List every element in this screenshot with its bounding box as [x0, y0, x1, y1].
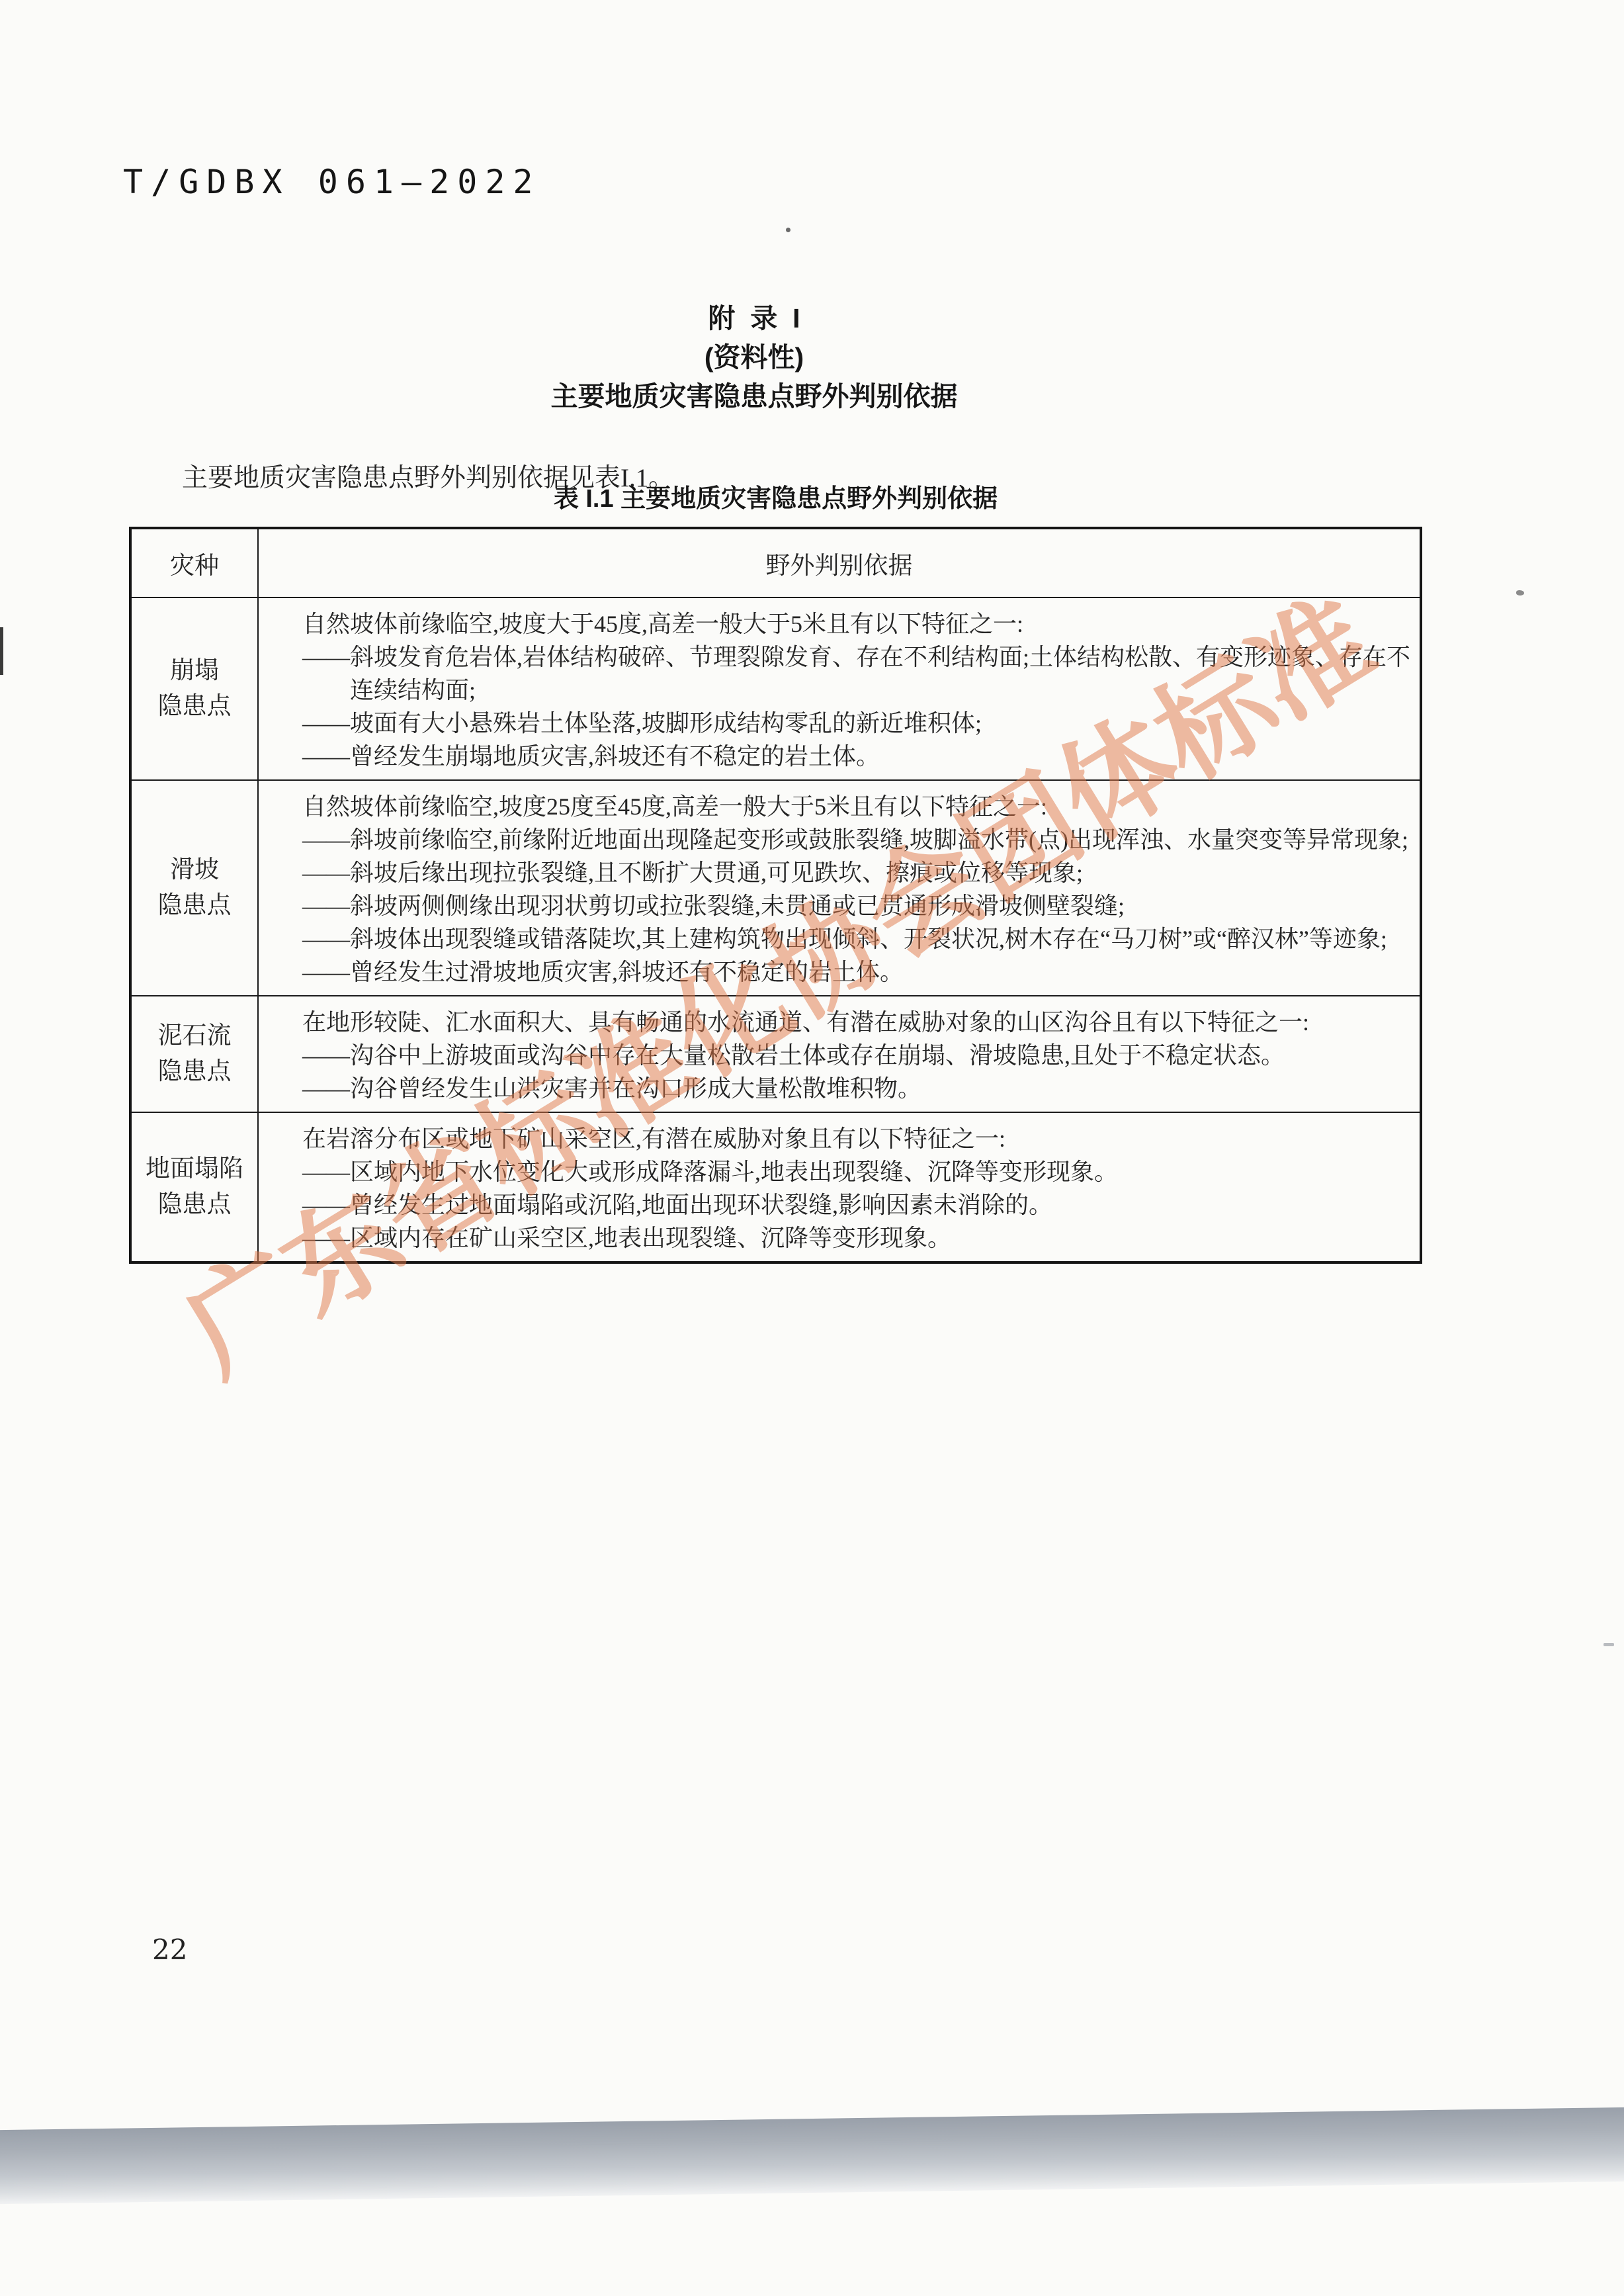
scan-speck	[1603, 1643, 1614, 1646]
hazard-name-line: 滑坡	[134, 852, 255, 888]
table-row-ground-subsidence: 地面塌陷 隐患点 在岩溶分布区或地下矿山采空区,有潜在威胁对象且有以下特征之一:…	[130, 1112, 1421, 1262]
appendix-heading-block: 附 录 I (资料性) 主要地质灾害隐患点野外判别依据	[129, 299, 1379, 416]
scan-bottom-bar-artifact	[0, 2107, 1624, 2204]
criteria-item: ——斜坡发育危岩体,岩体结构破碎、节理裂隙发育、存在不利结构面;土体结构松散、有…	[302, 640, 1413, 707]
criteria-item: ——斜坡后缘出现拉张裂缝,且不断扩大贯通,可见跌坎、擦痕或位移等现象;	[302, 856, 1413, 889]
page-number: 22	[152, 1933, 187, 1966]
hazard-name: 地面塌陷 隐患点	[130, 1112, 258, 1262]
appendix-title: 主要地质灾害隐患点野外判别依据	[129, 377, 1379, 416]
hazard-name-line: 隐患点	[134, 1187, 255, 1223]
criteria-item: ——曾经发生过滑坡地质灾害,斜坡还有不稳定的岩土体。	[302, 955, 1413, 989]
hazard-name-line: 崩塌	[134, 653, 255, 689]
appendix-label: 附 录 I	[129, 299, 1379, 338]
criteria-cell: 自然坡体前缘临空,坡度大于45度,高差一般大于5米且有以下特征之一: ——斜坡发…	[258, 597, 1421, 780]
scanned-document-page: T/GDBX 061—2022 附 录 I (资料性) 主要地质灾害隐患点野外判…	[0, 0, 1624, 2296]
table-header-row: 灾种 野外判别依据	[130, 528, 1421, 597]
criteria-cell: 在地形较陡、汇水面积大、具有畅通的水流通道、有潜在威胁对象的山区沟谷且有以下特征…	[258, 996, 1421, 1112]
hazard-name: 泥石流 隐患点	[130, 996, 258, 1112]
hazard-name-line: 泥石流	[134, 1018, 255, 1054]
criteria-item: ——曾经发生崩塌地质灾害,斜坡还有不稳定的岩土体。	[302, 740, 1413, 773]
criteria-intro: 在地形较陡、汇水面积大、具有畅通的水流通道、有潜在威胁对象的山区沟谷且有以下特征…	[302, 1006, 1413, 1039]
criteria-item: ——曾经发生过地面塌陷或沉陷,地面出现环状裂缝,影响因素未消除的。	[302, 1188, 1413, 1221]
criteria-intro: 在岩溶分布区或地下矿山采空区,有潜在威胁对象且有以下特征之一:	[302, 1122, 1413, 1155]
criteria-item: ——斜坡体出现裂缝或错落陡坎,其上建构筑物出现倾斜、开裂状况,树木存在“马刀树”…	[302, 922, 1413, 955]
header-cell-hazard-type: 灾种	[130, 528, 258, 597]
header-cell-criteria: 野外判别依据	[258, 528, 1421, 597]
hazard-name-line: 隐患点	[134, 1054, 255, 1090]
scan-speck	[1516, 590, 1524, 596]
hazard-name: 滑坡 隐患点	[130, 780, 258, 996]
scan-edge-artifact	[0, 627, 3, 675]
criteria-item: ——区域内地下水位变化大或形成降落漏斗,地表出现裂缝、沉降等变形现象。	[302, 1155, 1413, 1188]
criteria-item: ——沟谷中上游坡面或沟谷中存在大量松散岩土体或存在崩塌、滑坡隐患,且处于不稳定状…	[302, 1039, 1413, 1072]
scan-speck	[786, 228, 791, 232]
appendix-type: (资料性)	[129, 338, 1379, 377]
criteria-item: ——坡面有大小悬殊岩土体坠落,坡脚形成结构零乱的新近堆积体;	[302, 707, 1413, 740]
criteria-item: ——斜坡两侧侧缘出现羽状剪切或拉张裂缝,未贯通或已贯通形成滑坡侧壁裂缝;	[302, 889, 1413, 922]
criteria-item: ——区域内存在矿山采空区,地表出现裂缝、沉降等变形现象。	[302, 1221, 1413, 1255]
hazard-name-line: 隐患点	[134, 689, 255, 725]
criteria-item: ——沟谷曾经发生山洪灾害并在沟口形成大量松散堆积物。	[302, 1072, 1413, 1105]
criteria-intro: 自然坡体前缘临空,坡度大于45度,高差一般大于5米且有以下特征之一:	[302, 607, 1413, 640]
table-row-debris-flow: 泥石流 隐患点 在地形较陡、汇水面积大、具有畅通的水流通道、有潜在威胁对象的山区…	[130, 996, 1421, 1112]
table-row-landslide: 滑坡 隐患点 自然坡体前缘临空,坡度25度至45度,高差一般大于5米且有以下特征…	[130, 780, 1421, 996]
hazard-name-line: 地面塌陷	[134, 1151, 255, 1187]
criteria-item: ——斜坡前缘临空,前缘附近地面出现隆起变形或鼓胀裂缝,坡脚溢水带(点)出现浑浊、…	[302, 823, 1413, 856]
hazard-name: 崩塌 隐患点	[130, 597, 258, 780]
table-caption: 表 I.1 主要地质灾害隐患点野外判别依据	[129, 478, 1422, 514]
criteria-cell: 在岩溶分布区或地下矿山采空区,有潜在威胁对象且有以下特征之一: ——区域内地下水…	[258, 1112, 1421, 1262]
table-row-collapse: 崩塌 隐患点 自然坡体前缘临空,坡度大于45度,高差一般大于5米且有以下特征之一…	[130, 597, 1421, 780]
criteria-intro: 自然坡体前缘临空,坡度25度至45度,高差一般大于5米且有以下特征之一:	[302, 790, 1413, 823]
standard-number: T/GDBX 061—2022	[123, 163, 541, 201]
hazard-criteria-table: 灾种 野外判别依据 崩塌 隐患点 自然坡体前缘临空,坡度大于45度,高差一般大于…	[129, 527, 1422, 1264]
criteria-cell: 自然坡体前缘临空,坡度25度至45度,高差一般大于5米且有以下特征之一: ——斜…	[258, 780, 1421, 996]
hazard-name-line: 隐患点	[134, 888, 255, 924]
